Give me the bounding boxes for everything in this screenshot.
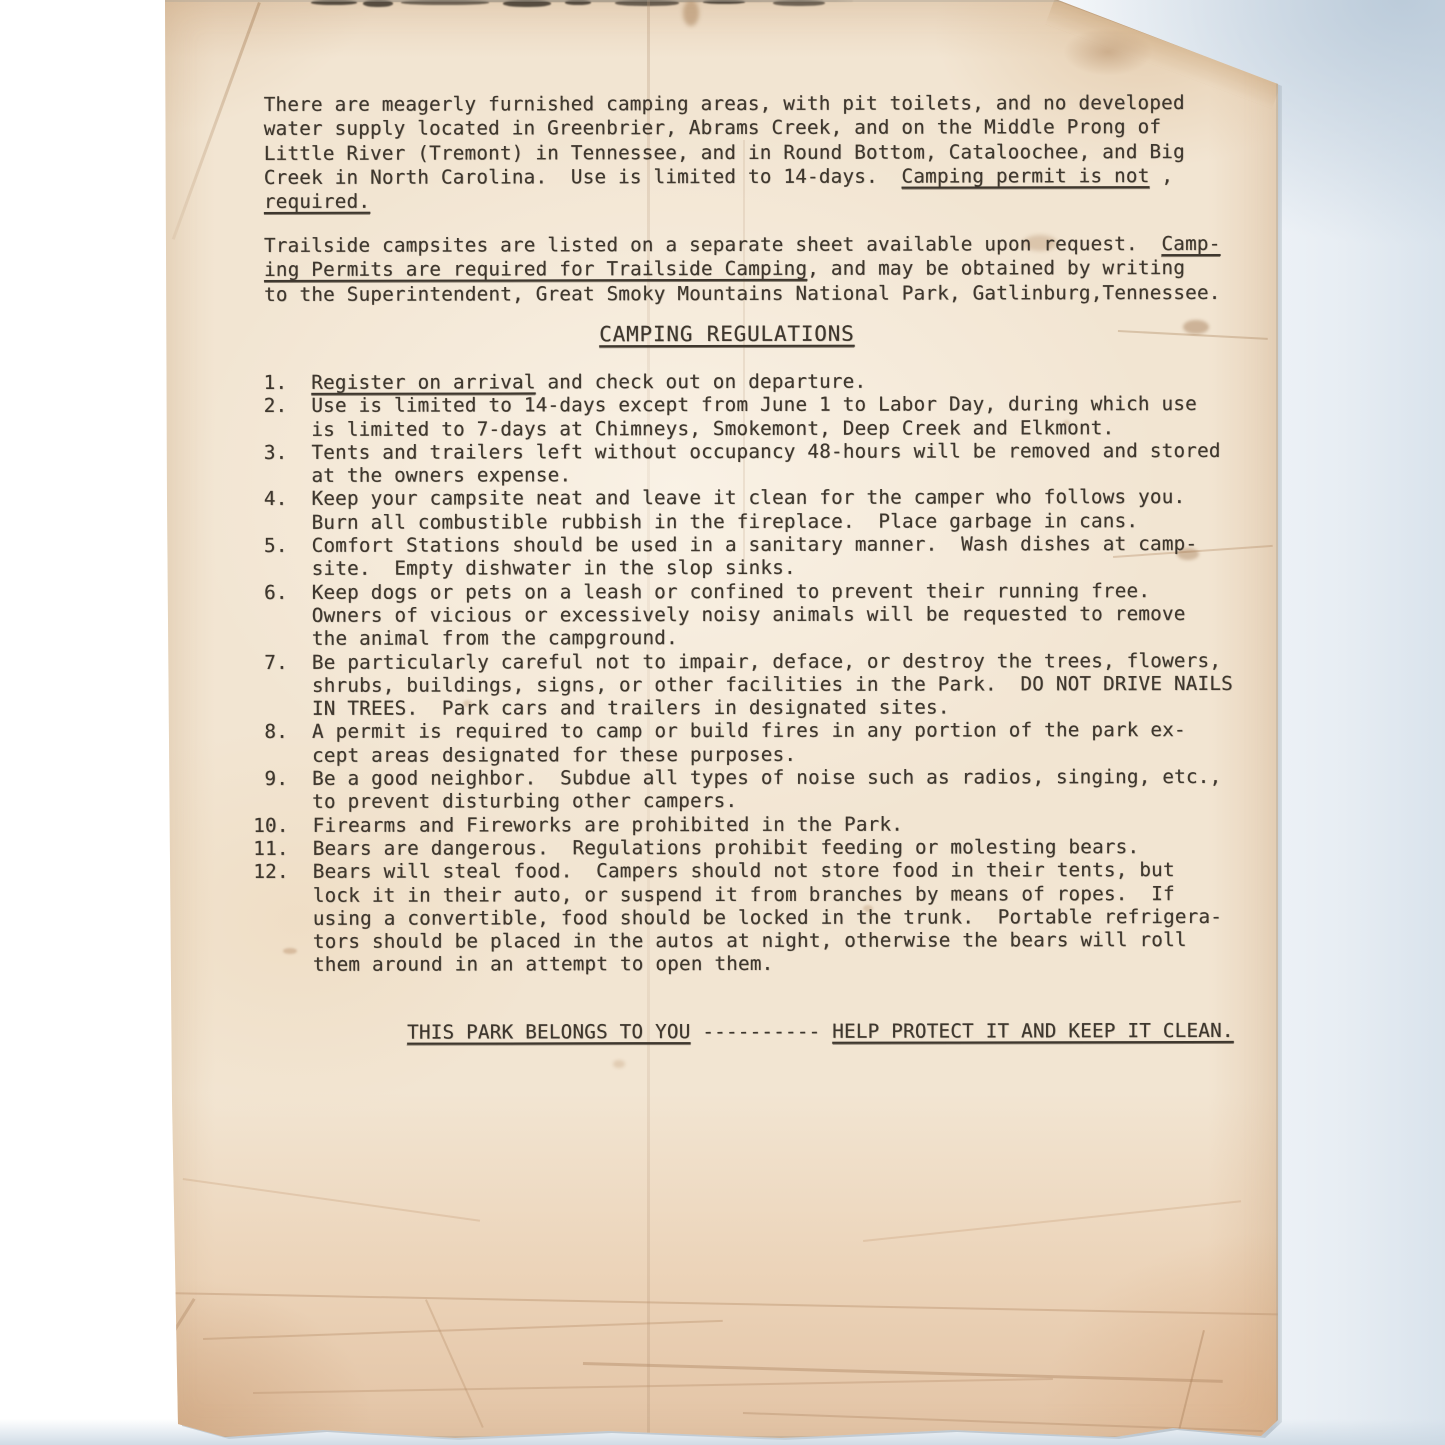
text-line: to prevent disturbing other campers. [312, 788, 1221, 813]
text-line: tors should be placed in the autos at ni… [313, 928, 1222, 953]
regulation-text: Keep dogs or pets on a leash or confined… [312, 579, 1186, 651]
text-segment: Creek in North Carolina. Use is limited … [264, 165, 902, 189]
text-line: Use is limited to 14-days except from Ju… [311, 392, 1197, 417]
regulation-text: Register on arrival and check out on dep… [311, 370, 866, 394]
regulation-number: 4. [253, 487, 288, 510]
regulation-number: 10. [253, 814, 288, 837]
text-line: Trailside campsites are listed on a sepa… [264, 232, 1221, 258]
text-segment: , and may be obtained by writing [807, 256, 1185, 280]
regulation-number: 12. [253, 860, 288, 883]
regulation-number: 11. [253, 837, 288, 860]
intro-paragraph-2: Trailside campsites are listed on a sepa… [264, 232, 1221, 307]
regulation-number: 2. [252, 394, 287, 417]
regulation-item: 12. Bears will steal food. Campers shoul… [253, 858, 1233, 977]
regulation-text: Firearms and Fireworks are prohibited in… [313, 812, 903, 837]
text-line: shrubs, buildings, signs, or other facil… [312, 672, 1233, 697]
text-line: Burn all combustible rubbish in the fire… [312, 509, 1186, 534]
text-line: Tents and trailers left without occupanc… [311, 439, 1220, 464]
text-line: to the Superintendent, Great Smoky Mount… [264, 281, 1221, 307]
regulation-item: 5. Comfort Stations should be used in a … [253, 532, 1233, 581]
document-page: There are meagerly furnished camping are… [163, 0, 1278, 1438]
regulation-text: Bears will steal food. Campers should no… [313, 858, 1222, 976]
regulation-number: 1. [252, 371, 287, 394]
intro-paragraph-1: There are meagerly furnished camping are… [264, 91, 1185, 214]
regulation-number: 3. [252, 441, 287, 464]
regulation-text: Be particularly careful not to impair, d… [312, 648, 1233, 720]
regulation-text: Tents and trailers left without occupanc… [311, 439, 1220, 487]
regulation-item: 4. Keep your campsite neat and leave it … [253, 485, 1233, 534]
regulation-text: Keep your campsite neat and leave it cle… [312, 486, 1186, 534]
text-line: Register on arrival and check out on dep… [311, 370, 866, 394]
text-line: Bears are dangerous. Regulations prohibi… [313, 835, 1140, 860]
text-line: required. [264, 188, 1185, 214]
text-line: Keep your campsite neat and leave it cle… [312, 486, 1186, 511]
text-line: water supply located in Greenbrier, Abra… [264, 115, 1185, 141]
text-line: them around in an attempt to open them. [313, 951, 1222, 976]
text-line: Little River (Tremont) in Tennessee, and… [264, 140, 1185, 166]
text-line: A permit is required to camp or build fi… [312, 718, 1186, 743]
text-line: Firearms and Fireworks are prohibited in… [313, 812, 903, 837]
underlined-text: Register on arrival [311, 370, 535, 395]
dash-separator: ---------- [691, 1020, 833, 1043]
text-line: IN TREES. Park cars and trailers in desi… [312, 695, 1233, 720]
text-line: Be particularly careful not to impair, d… [312, 648, 1233, 673]
regulation-item: 7. Be particularly careful not to impair… [253, 648, 1233, 720]
regulation-item: 1. Register on arrival and check out on … [252, 369, 1232, 394]
underlined-text: HELP PROTECT IT AND KEEP IT CLEAN. [832, 1019, 1234, 1045]
underlined-text: Camp- [1161, 232, 1220, 257]
regulation-number: 7. [253, 650, 288, 673]
text-line: Bears will steal food. Campers should no… [313, 858, 1222, 883]
text-segment: Trailside campsites are listed on a sepa… [264, 232, 1161, 257]
text-line: cept areas designated for these purposes… [312, 742, 1186, 767]
regulation-item: 10. Firearms and Fireworks are prohibite… [253, 812, 1233, 837]
regulation-item: 9. Be a good neighbor. Subdue all types … [253, 765, 1233, 814]
underlined-text: Camping permit is not [901, 164, 1149, 190]
text-line: Comfort Stations should be used in a san… [312, 532, 1198, 557]
underlined-text: ing Permits are required for Trailside C… [264, 257, 807, 283]
regulation-text: Be a good neighbor. Subdue all types of … [312, 765, 1221, 813]
text-line: at the owners expense. [311, 462, 1220, 487]
text-segment: and check out on departure. [536, 370, 867, 394]
section-heading: CAMPING REGULATIONS [599, 322, 854, 349]
text-line: is limited to 7-days at Chimneys, Smokem… [311, 416, 1197, 441]
stray-pen-mark: , [1149, 164, 1173, 187]
text-line: site. Empty dishwater in the slop sinks. [312, 555, 1198, 580]
typed-text-layer: There are meagerly furnished camping are… [161, 0, 1279, 1439]
regulations-list: 1. Register on arrival and check out on … [252, 369, 1233, 977]
text-line: using a convertible, food should be lock… [313, 905, 1222, 930]
regulation-number: 9. [253, 767, 288, 790]
regulation-text: Bears are dangerous. Regulations prohibi… [313, 835, 1140, 860]
regulation-number: 8. [253, 720, 288, 743]
regulation-text: Use is limited to 14-days except from Ju… [311, 392, 1197, 440]
regulation-number: 5. [253, 534, 288, 557]
regulation-item: 8. A permit is required to camp or build… [253, 718, 1233, 767]
regulation-item: 6. Keep dogs or pets on a leash or confi… [253, 579, 1233, 651]
text-line: ing Permits are required for Trailside C… [264, 256, 1221, 282]
text-line: Keep dogs or pets on a leash or confined… [312, 579, 1186, 604]
regulation-text: Comfort Stations should be used in a san… [312, 532, 1198, 580]
text-line: There are meagerly furnished camping are… [264, 91, 1185, 117]
text-line: the animal from the campground. [312, 625, 1186, 650]
regulation-item: 11. Bears are dangerous. Regulations pro… [253, 835, 1233, 860]
underlined-text: required. [264, 190, 370, 215]
text-line: Be a good neighbor. Subdue all types of … [312, 765, 1221, 790]
regulation-text: A permit is required to camp or build fi… [312, 718, 1186, 766]
regulation-item: 3. Tents and trailers left without occup… [252, 439, 1232, 488]
regulation-item: 2. Use is limited to 14-days except from… [252, 392, 1232, 441]
text-line: Owners of vicious or excessively noisy a… [312, 602, 1186, 627]
underlined-text: THIS PARK BELONGS TO YOU [407, 1020, 690, 1046]
text-line: lock it in their auto, or suspend it fro… [313, 881, 1222, 906]
regulation-number: 6. [253, 581, 288, 604]
scanned-document-background: There are meagerly furnished camping are… [0, 0, 1445, 1445]
text-line: Creek in North Carolina. Use is limited … [264, 164, 1185, 190]
closing-slogan: THIS PARK BELONGS TO YOU ---------- HELP… [313, 996, 1234, 1067]
